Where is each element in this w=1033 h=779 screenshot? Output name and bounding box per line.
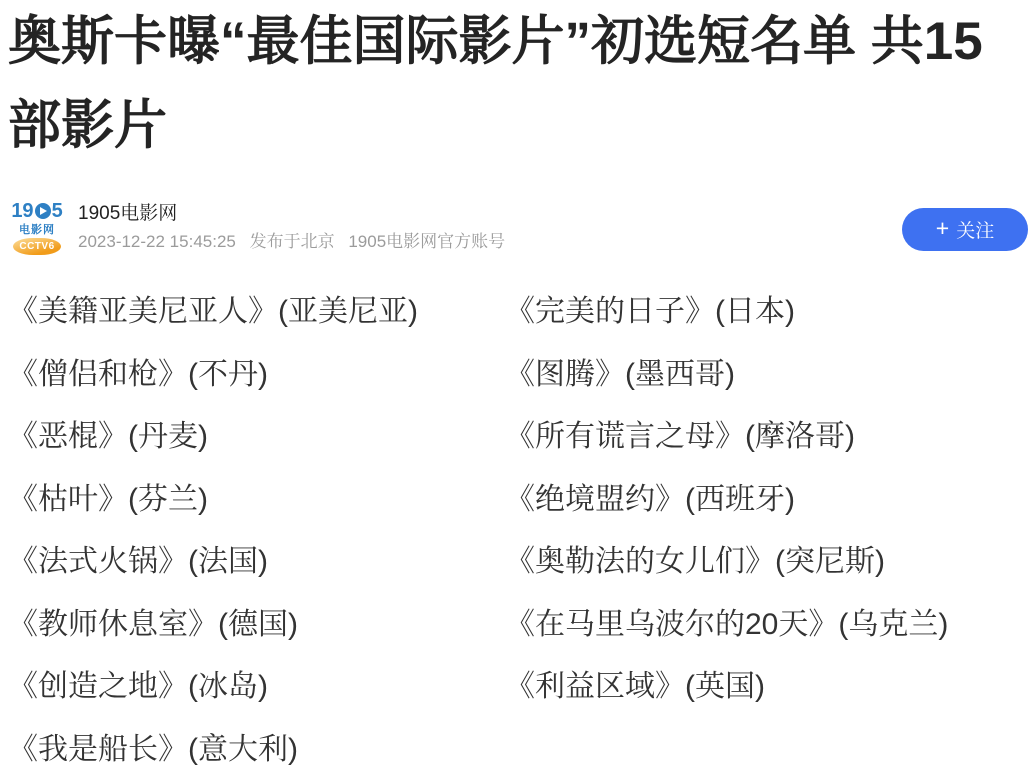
article-page: 奥斯卡曝“最佳国际影片”初选短名单 共15部影片 19 5 电影网 CCTV6 … [0,0,1033,779]
film-item: 《利益区域》(英国) [505,656,1028,719]
publisher-bar: 19 5 电影网 CCTV6 1905电影网 2023-12-22 15:45:… [8,202,1028,255]
film-item: 《我是船长》(意大利) [8,719,505,779]
follow-button[interactable]: + 关注 [902,208,1028,251]
publisher-logo[interactable]: 19 5 电影网 CCTV6 [8,202,66,255]
follow-button-label: 关注 [956,216,994,243]
film-item: 《奥勒法的女儿们》(突尼斯) [505,531,1028,594]
film-item: 《枯叶》(芬兰) [8,469,505,532]
logo-text-right: 5 [52,202,63,220]
film-column-right: 《完美的日子》(日本) 《图腾》(墨西哥) 《所有谎言之母》(摩洛哥) 《绝境盟… [505,281,1028,779]
film-item: 《绝境盟约》(西班牙) [505,469,1028,532]
publisher-info: 1905电影网 2023-12-22 15:45:25 发布于北京 1905电影… [78,202,505,253]
film-item: 《教师休息室》(德国) [8,594,505,657]
publish-location: 发布于北京 [250,232,335,251]
film-item: 《完美的日子》(日本) [505,281,1028,344]
film-column-left: 《美籍亚美尼亚人》(亚美尼亚) 《僧侣和枪》(不丹) 《恶棍》(丹麦) 《枯叶》… [8,281,505,779]
publish-time: 2023-12-22 15:45:25 [78,232,236,251]
logo-subtext: 电影网 [8,221,66,237]
film-item: 《美籍亚美尼亚人》(亚美尼亚) [8,281,505,344]
publisher-name[interactable]: 1905电影网 [78,202,505,226]
film-item: 《创造之地》(冰岛) [8,656,505,719]
film-item: 《法式火锅》(法国) [8,531,505,594]
film-item: 《图腾》(墨西哥) [505,344,1028,407]
logo-text-left: 19 [11,202,33,220]
film-item: 《僧侣和枪》(不丹) [8,344,505,407]
logo-1905-text: 19 5 [8,202,66,220]
film-list: 《美籍亚美尼亚人》(亚美尼亚) 《僧侣和枪》(不丹) 《恶棍》(丹麦) 《枯叶》… [8,281,1028,779]
film-item: 《恶棍》(丹麦) [8,406,505,469]
film-item: 《所有谎言之母》(摩洛哥) [505,406,1028,469]
play-icon [35,203,51,219]
plus-icon: + [936,217,949,240]
cctv6-badge: CCTV6 [13,238,61,255]
publisher-account: 1905电影网官方账号 [348,232,505,251]
film-item: 《在马里乌波尔的20天》(乌克兰) [505,594,1028,657]
page-title: 奥斯卡曝“最佳国际影片”初选短名单 共15部影片 [8,0,1003,168]
publisher-meta: 2023-12-22 15:45:25 发布于北京 1905电影网官方账号 [78,231,505,253]
